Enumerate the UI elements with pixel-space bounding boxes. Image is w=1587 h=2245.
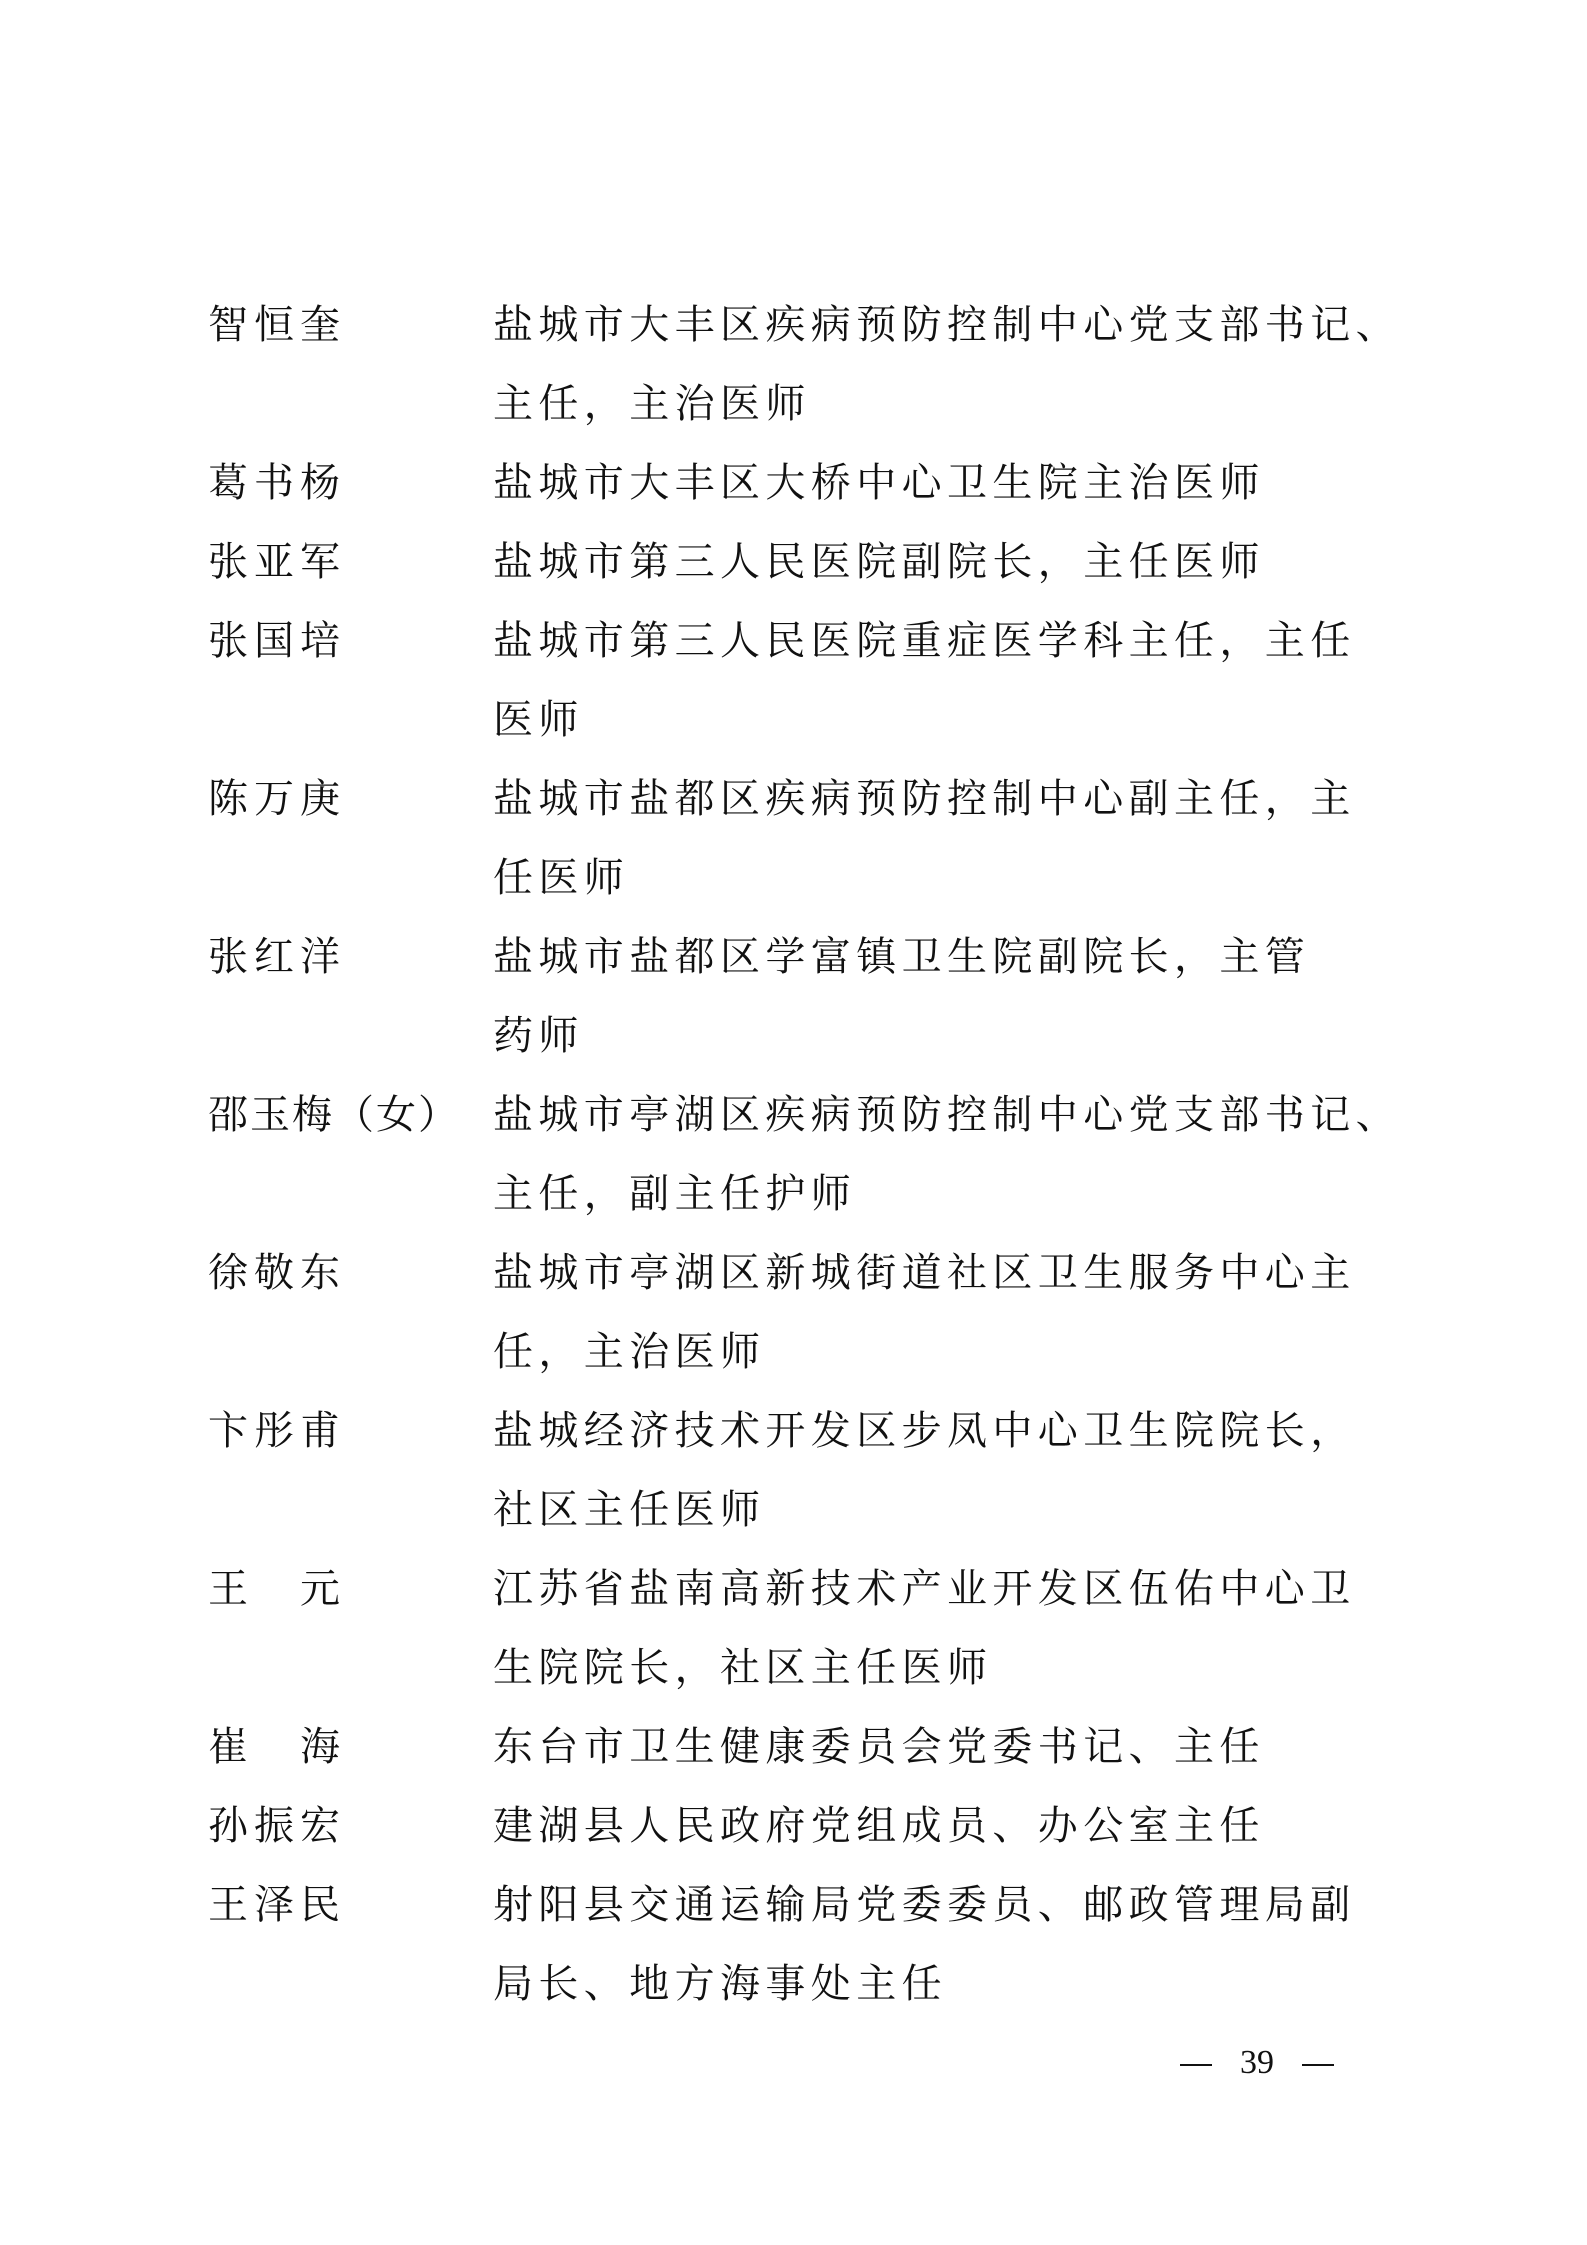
person-position: 盐城市第三人民医院重症医学科主任，主任 医师 bbox=[493, 602, 1388, 760]
person-position: 盐城市亭湖区新城街道社区卫生服务中心主 任，主治医师 bbox=[493, 1234, 1388, 1392]
position-line: 盐城市大丰区大桥中心卫生院主治医师 bbox=[493, 444, 1388, 523]
page-footer: 39 bbox=[1180, 2038, 1334, 2088]
person-position: 盐城经济技术开发区步凤中心卫生院院长， 社区主任医师 bbox=[493, 1392, 1388, 1550]
position-line: 生院院长，社区主任医师 bbox=[493, 1629, 1388, 1708]
position-line: 主任，主治医师 bbox=[493, 365, 1388, 444]
position-line: 盐城市第三人民医院重症医学科主任，主任 bbox=[493, 602, 1388, 681]
person-position: 盐城市大丰区疾病预防控制中心党支部书记、 主任，主治医师 bbox=[493, 286, 1388, 444]
list-item: 张红洋 盐城市盐都区学富镇卫生院副院长，主管 药师 bbox=[208, 918, 1388, 1076]
list-item: 邵玉梅（女） 盐城市亭湖区疾病预防控制中心党支部书记、 主任，副主任护师 bbox=[208, 1076, 1388, 1234]
person-name: 崔 海 bbox=[208, 1708, 493, 1787]
list-item: 张亚军 盐城市第三人民医院副院长，主任医师 bbox=[208, 523, 1388, 602]
person-position: 射阳县交通运输局党委委员、邮政管理局副 局长、地方海事处主任 bbox=[493, 1866, 1388, 2024]
position-line: 社区主任医师 bbox=[493, 1471, 1388, 1550]
person-name: 王泽民 bbox=[208, 1866, 493, 1945]
person-name: 张国培 bbox=[208, 602, 493, 681]
dash-left-icon bbox=[1180, 2064, 1212, 2066]
list-item: 孙振宏 建湖县人民政府党组成员、办公室主任 bbox=[208, 1787, 1388, 1866]
position-line: 盐城市第三人民医院副院长，主任医师 bbox=[493, 523, 1388, 602]
list-item: 王 元 江苏省盐南高新技术产业开发区伍佑中心卫 生院院长，社区主任医师 bbox=[208, 1550, 1388, 1708]
person-position: 建湖县人民政府党组成员、办公室主任 bbox=[493, 1787, 1388, 1866]
position-line: 盐城市大丰区疾病预防控制中心党支部书记、 bbox=[493, 286, 1388, 365]
person-position: 东台市卫生健康委员会党委书记、主任 bbox=[493, 1708, 1388, 1787]
position-line: 主任，副主任护师 bbox=[493, 1155, 1388, 1234]
person-position: 盐城市第三人民医院副院长，主任医师 bbox=[493, 523, 1388, 602]
position-line: 任，主治医师 bbox=[493, 1313, 1388, 1392]
person-name: 张红洋 bbox=[208, 918, 493, 997]
position-line: 局长、地方海事处主任 bbox=[493, 1945, 1388, 2024]
person-name: 智恒奎 bbox=[208, 286, 493, 365]
position-line: 射阳县交通运输局党委委员、邮政管理局副 bbox=[493, 1866, 1388, 1945]
list-item: 张国培 盐城市第三人民医院重症医学科主任，主任 医师 bbox=[208, 602, 1388, 760]
person-position: 盐城市亭湖区疾病预防控制中心党支部书记、 主任，副主任护师 bbox=[493, 1076, 1388, 1234]
position-line: 建湖县人民政府党组成员、办公室主任 bbox=[493, 1787, 1388, 1866]
list-item: 智恒奎 盐城市大丰区疾病预防控制中心党支部书记、 主任，主治医师 bbox=[208, 286, 1388, 444]
page-number: 39 bbox=[1240, 2038, 1274, 2088]
document-page: 智恒奎 盐城市大丰区疾病预防控制中心党支部书记、 主任，主治医师 葛书杨 盐城市… bbox=[0, 0, 1587, 2245]
position-line: 东台市卫生健康委员会党委书记、主任 bbox=[493, 1708, 1388, 1787]
list-item: 崔 海 东台市卫生健康委员会党委书记、主任 bbox=[208, 1708, 1388, 1787]
person-name: 卞彤甫 bbox=[208, 1392, 493, 1471]
position-line: 江苏省盐南高新技术产业开发区伍佑中心卫 bbox=[493, 1550, 1388, 1629]
position-line: 药师 bbox=[493, 997, 1388, 1076]
personnel-list: 智恒奎 盐城市大丰区疾病预防控制中心党支部书记、 主任，主治医师 葛书杨 盐城市… bbox=[208, 286, 1388, 2024]
position-line: 任医师 bbox=[493, 839, 1388, 918]
position-line: 盐城市亭湖区疾病预防控制中心党支部书记、 bbox=[493, 1076, 1388, 1155]
list-item: 陈万庚 盐城市盐都区疾病预防控制中心副主任，主 任医师 bbox=[208, 760, 1388, 918]
person-name: 徐敬东 bbox=[208, 1234, 493, 1313]
position-line: 盐城经济技术开发区步凤中心卫生院院长， bbox=[493, 1392, 1388, 1471]
list-item: 葛书杨 盐城市大丰区大桥中心卫生院主治医师 bbox=[208, 444, 1388, 523]
person-name: 王 元 bbox=[208, 1550, 493, 1629]
position-line: 盐城市盐都区疾病预防控制中心副主任，主 bbox=[493, 760, 1388, 839]
person-name: 张亚军 bbox=[208, 523, 493, 602]
list-item: 卞彤甫 盐城经济技术开发区步凤中心卫生院院长， 社区主任医师 bbox=[208, 1392, 1388, 1550]
person-name: 葛书杨 bbox=[208, 444, 493, 523]
position-line: 医师 bbox=[493, 681, 1388, 760]
position-line: 盐城市盐都区学富镇卫生院副院长，主管 bbox=[493, 918, 1388, 997]
list-item: 王泽民 射阳县交通运输局党委委员、邮政管理局副 局长、地方海事处主任 bbox=[208, 1866, 1388, 2024]
person-position: 盐城市大丰区大桥中心卫生院主治医师 bbox=[493, 444, 1388, 523]
person-position: 盐城市盐都区学富镇卫生院副院长，主管 药师 bbox=[493, 918, 1388, 1076]
list-item: 徐敬东 盐城市亭湖区新城街道社区卫生服务中心主 任，主治医师 bbox=[208, 1234, 1388, 1392]
person-position: 江苏省盐南高新技术产业开发区伍佑中心卫 生院院长，社区主任医师 bbox=[493, 1550, 1388, 1708]
person-name: 邵玉梅（女） bbox=[208, 1076, 493, 1155]
dash-right-icon bbox=[1302, 2064, 1334, 2066]
person-position: 盐城市盐都区疾病预防控制中心副主任，主 任医师 bbox=[493, 760, 1388, 918]
position-line: 盐城市亭湖区新城街道社区卫生服务中心主 bbox=[493, 1234, 1388, 1313]
person-name: 陈万庚 bbox=[208, 760, 493, 839]
person-name: 孙振宏 bbox=[208, 1787, 493, 1866]
